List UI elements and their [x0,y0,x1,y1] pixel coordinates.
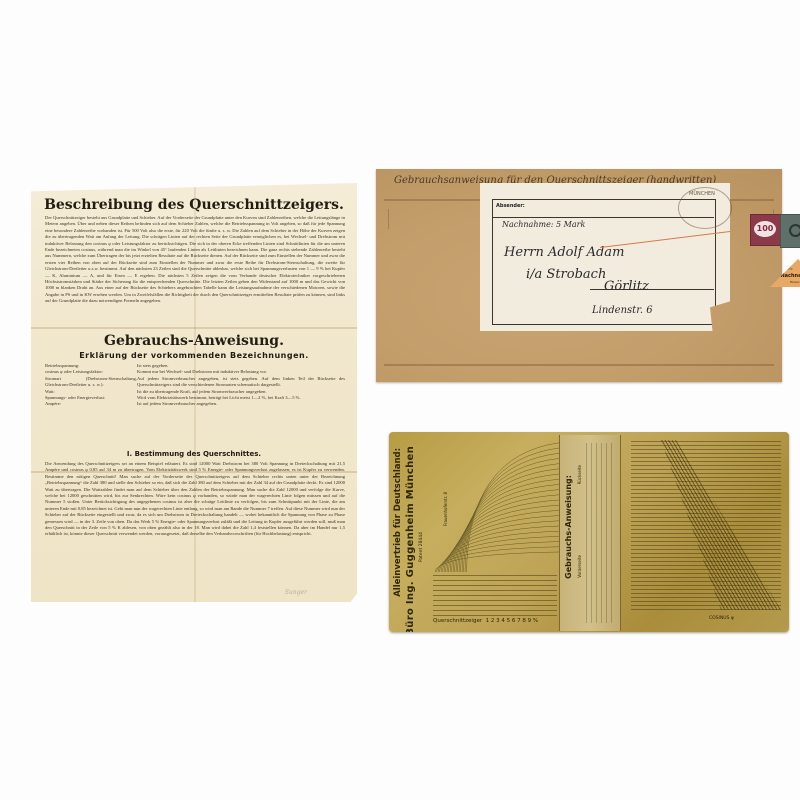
instruction-sheet: Beschreibung des Querschnittzeigers. Der… [31,183,357,602]
calculator-slider[interactable]: Gebrauchs-Anweisung: Vorderseite Rücksei… [559,435,621,631]
stamp-value: 100 [754,221,776,237]
querschnittzeiger-label: Querschnittzeiger 1 2 3 4 5 6 7 8 9 % [433,618,538,624]
cosphi-label: COSINUS φ [709,616,734,621]
plate-left-panel: Alleinvertrieb für Deutschland: Techn. B… [389,432,557,632]
postmark-text: MÜNCHEN [689,191,715,197]
box-seam [384,364,774,366]
definition-row: Stromart (Drehstrom-Sternschaltung, Glei… [45,376,345,389]
engraved-curves [431,432,559,572]
address-line: Lindenstr. 6 [592,305,653,316]
cod-tag-subtitle: Rückschein [770,280,800,284]
address-line: Herrn Adolf Adam [504,245,624,260]
box-seam [388,209,389,229]
plate-label: Querschnittzeiger [433,618,482,624]
patent-number: Patent 28444 [419,532,424,562]
definition-term: Stromart (Drehstrom-Sternschaltung, Glei… [45,376,137,389]
cod-note: Nachnahme: 5 Mark [502,220,585,229]
postage-stamp-100: 100 [750,214,781,246]
company-name: Techn. Büro Ing. Guggenheim München [405,446,416,632]
subsection-title: Erklärung der vorkommenden Bezeichnungen… [31,351,357,360]
cardboard-box: Gebrauchsanweisung für den Querschnittsz… [376,169,782,382]
definition-text: Ist auf jedem Stromverbraucher angegeben… [137,401,217,407]
usage-text: Die Anwendung des Querschnittzeigers sei… [45,461,345,579]
definition-row: Ampère:Ist auf jedem Stromverbraucher an… [45,401,345,407]
slider-scale-lines [586,443,614,623]
sender-field: Absender: [496,203,525,209]
cod-tag-title: Nachnahme. [770,273,800,279]
slider-front-label: Vorderseite [577,555,582,578]
postage-stamp-green [780,214,800,248]
address-line: i/a Strobach [526,267,606,282]
definition-text: Auf jedem Stromverbraucher angegeben, is… [137,376,345,389]
document-intro: Der Querschnittzeiger besteht aus Grundp… [45,215,345,327]
distributor-title: Alleinvertrieb für Deutschland: [393,448,403,597]
signature: Sunger [285,589,307,596]
slider-back-label: Rückseite [577,465,582,484]
definitions-list: Betriebsspannung:Ist stets gegeben. cosi… [45,363,345,408]
cod-tag-number: Nr. [788,267,793,271]
cod-tag: Nr. Nachnahme. Rückschein [770,259,800,287]
postmark: MÜNCHEN [678,187,732,229]
plate-right-panel: COSINUS φ [621,432,789,632]
slider-title: Gebrauchs-Anweisung: [564,475,573,579]
usage-title: I. Bestimmung des Querschnittes. [31,450,357,458]
engraved-table [433,572,557,616]
plate-scale-numbers: 1 2 3 4 5 6 7 8 9 % [486,618,538,624]
document-title: Beschreibung des Querschnittzeigers. [31,197,357,213]
section-title: Gebrauchs-Anweisung. [31,333,357,349]
brass-calculator-plate: Alleinvertrieb für Deutschland: Techn. B… [389,432,789,632]
address-line: Görlitz [604,279,649,294]
definition-term: Ampère: [45,401,137,407]
stamp-rosette-icon [789,224,800,237]
